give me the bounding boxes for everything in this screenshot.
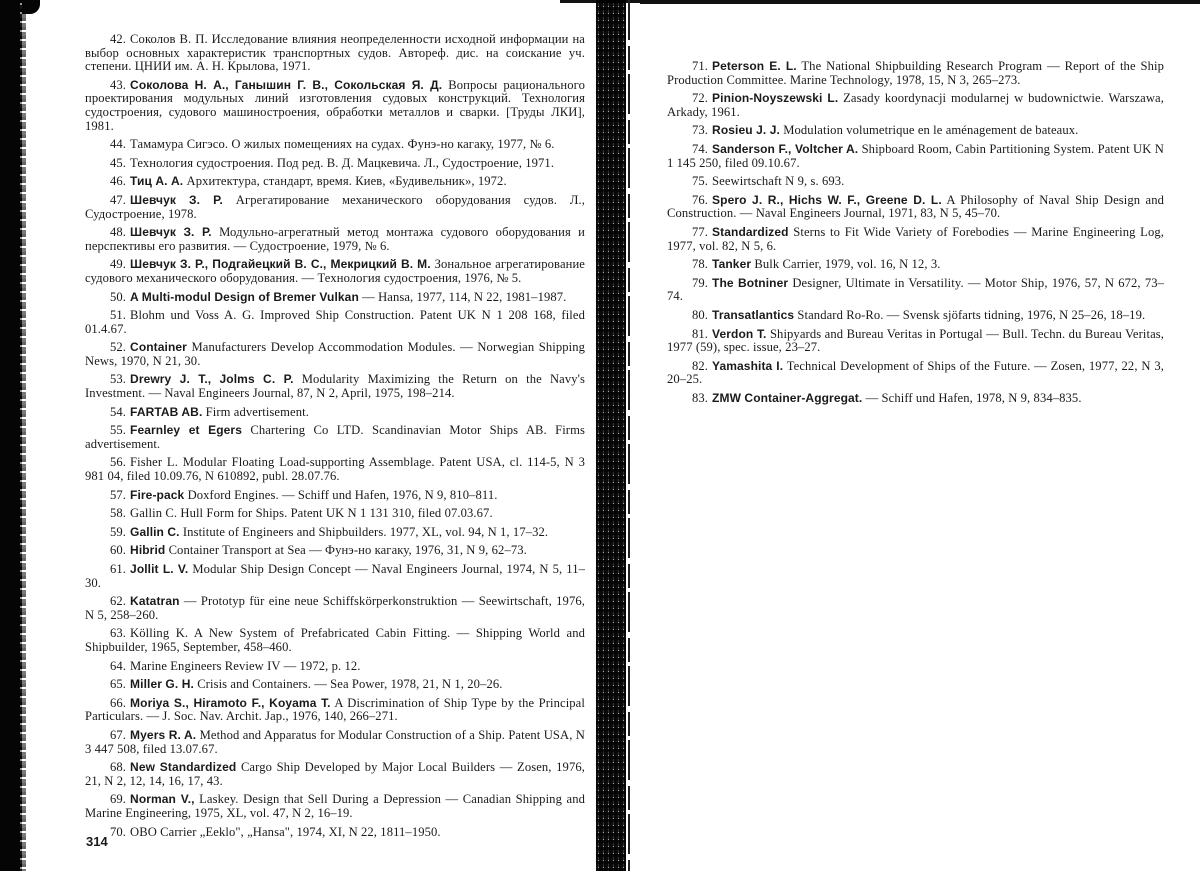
entry-number: 42. [110, 32, 126, 46]
bibliography-entry: 62.Katatran — Prototyp für eine neue Sch… [85, 595, 585, 622]
bibliography-entry: 52.Container Manufacturers Develop Accom… [85, 341, 585, 368]
entry-text: Container Transport at Sea — Фунэ-но каг… [169, 543, 527, 557]
entry-author: Yamashita I. [712, 359, 783, 373]
entry-number: 63. [110, 626, 126, 640]
entry-number: 44. [110, 137, 126, 151]
entry-author: Шевчук З. Р., Подгайецкий В. С., Мекрицк… [130, 257, 431, 271]
entry-author: Moriya S., Hiramoto F., Koyama T. [130, 696, 331, 710]
bibliography-entry: 67.Myers R. A. Method and Apparatus for … [85, 729, 585, 756]
entry-number: 48. [110, 225, 126, 239]
entry-author: Standardized [712, 225, 789, 239]
bibliography-entry: 72.Pinion-Noyszewski L. Zasady koordynac… [667, 92, 1164, 119]
entry-author: Fearnley et Egers [130, 423, 242, 437]
entry-text: Doxford Engines. — Schiff und Hafen, 197… [188, 488, 498, 502]
entry-text: Marine Engineers Review IV — 1972, p. 12… [130, 659, 361, 673]
entry-number: 76. [692, 193, 708, 207]
entry-text: Modulation volumetrique en le aménagemen… [783, 123, 1078, 137]
page-number: 314 [86, 834, 108, 849]
entry-author: Katatran [130, 594, 179, 608]
bibliography-entry: 64.Marine Engineers Review IV — 1972, p.… [85, 660, 585, 674]
bibliography-entry: 43.Соколова Н. А., Ганышин Г. В., Соколь… [85, 79, 585, 133]
entry-number: 58. [110, 506, 126, 520]
entry-number: 52. [110, 340, 126, 354]
entry-author: Соколова Н. А., Ганышин Г. В., Сокольска… [130, 78, 442, 92]
entry-author: Gallin C. [130, 525, 180, 539]
entry-number: 73. [692, 123, 708, 137]
entry-number: 49. [110, 257, 126, 271]
entry-number: 46. [110, 174, 126, 188]
entry-text: Firm advertisement. [206, 405, 309, 419]
entry-author: Jollit L. V. [130, 562, 188, 576]
entry-number: 60. [110, 543, 126, 557]
entry-number: 53. [110, 372, 126, 386]
entry-number: 57. [110, 488, 126, 502]
entry-author: Container [130, 340, 187, 354]
entry-author: FARTAB AB. [130, 405, 202, 419]
entry-author: Norman V., [130, 792, 195, 806]
entry-author: Pinion-Noyszewski L. [712, 91, 838, 105]
bibliography-entry: 69.Norman V., Laskey. Design that Sell D… [85, 793, 585, 820]
entry-author: Spero J. R., Hichs W. F., Greene D. L. [712, 193, 942, 207]
bibliography-entry: 59.Gallin C. Institute of Engineers and … [85, 526, 585, 540]
entry-number: 47. [110, 193, 126, 207]
scan-border-left [0, 0, 22, 871]
entry-number: 61. [110, 562, 126, 576]
entry-text: Тамамура Сигэсо. О жилых помещениях на с… [130, 137, 554, 151]
bibliography-entry: 53.Drewry J. T., Jolms C. P. Modularity … [85, 373, 585, 400]
entry-number: 82. [692, 359, 708, 373]
entry-text: — Schiff und Hafen, 1978, N 9, 834–835. [866, 391, 1082, 405]
bibliography-entry: 56.Fisher L. Modular Floating Load-suppo… [85, 456, 585, 483]
bibliography-entry: 55.Fearnley et Egers Chartering Co LTD. … [85, 424, 585, 451]
entry-number: 59. [110, 525, 126, 539]
entry-number: 54. [110, 405, 126, 419]
bibliography-entry: 82.Yamashita I. Technical Development of… [667, 360, 1164, 387]
entry-author: Transatlantics [712, 308, 794, 322]
bibliography-entry: 66.Moriya S., Hiramoto F., Koyama T. A D… [85, 697, 585, 724]
entry-text: Crisis and Containers. — Sea Power, 1978… [197, 677, 502, 691]
entry-author: Rosieu J. J. [712, 123, 780, 137]
bibliography-entry: 81.Verdon T. Shipyards and Bureau Verita… [667, 328, 1164, 355]
right-bibliography-column: 71.Peterson E. L. The National Shipbuild… [667, 60, 1164, 410]
bibliography-entry: 80.Transatlantics Standard Ro-Ro. — Sven… [667, 309, 1164, 323]
bibliography-entry: 47.Шевчук З. Р. Агрегатирование механиче… [85, 194, 585, 221]
bibliography-entry: 58.Gallin C. Hull Form for Ships. Patent… [85, 507, 585, 521]
entry-author: Sanderson F., Voltcher A. [712, 142, 858, 156]
gutter-shadow-line [628, 0, 630, 871]
entry-author: New Standardized [130, 760, 236, 774]
bibliography-entry: 42.Соколов В. П. Исследование влияния не… [85, 33, 585, 74]
entry-text: Institute of Engineers and Shipbuilders.… [183, 525, 548, 539]
entry-number: 80. [692, 308, 708, 322]
entry-author: Drewry J. T., Jolms C. P. [130, 372, 294, 386]
entry-text: Соколов В. П. Исследование влияния неопр… [85, 32, 585, 73]
bibliography-entry: 75.Seewirtschaft N 9, s. 693. [667, 175, 1164, 189]
entry-author: Tanker [712, 257, 751, 271]
bibliography-entry: 83.ZMW Container-Aggregat. — Schiff und … [667, 392, 1164, 406]
entry-text: Blohm und Voss A. G. Improved Ship Const… [85, 308, 585, 336]
entry-author: Шевчук З. Р. [130, 225, 212, 239]
entry-number: 72. [692, 91, 708, 105]
bibliography-entry: 65.Miller G. H. Crisis and Containers. —… [85, 678, 585, 692]
bibliography-entry: 51.Blohm und Voss A. G. Improved Ship Co… [85, 309, 585, 336]
entry-number: 43. [110, 78, 126, 92]
left-bibliography-column: 42.Соколов В. П. Исследование влияния не… [85, 33, 585, 844]
entry-number: 51. [110, 308, 126, 322]
entry-number: 83. [692, 391, 708, 405]
bibliography-entry: 57.Fire-pack Doxford Engines. — Schiff u… [85, 489, 585, 503]
entry-author: Тиц А. А. [130, 174, 183, 188]
entry-number: 68. [110, 760, 126, 774]
bibliography-entry: 44.Тамамура Сигэсо. О жилых помещениях н… [85, 138, 585, 152]
entry-text: Seewirtschaft N 9, s. 693. [712, 174, 844, 188]
entry-author: Peterson E. L. [712, 59, 797, 73]
bibliography-entry: 54.FARTAB AB. Firm advertisement. [85, 406, 585, 420]
entry-number: 81. [692, 327, 708, 341]
bibliography-entry: 63.Kölling K. A New System of Prefabrica… [85, 627, 585, 654]
entry-number: 62. [110, 594, 126, 608]
entry-number: 70. [110, 825, 126, 839]
entry-number: 71. [692, 59, 708, 73]
entry-number: 50. [110, 290, 126, 304]
entry-number: 66. [110, 696, 126, 710]
bibliography-entry: 74.Sanderson F., Voltcher A. Shipboard R… [667, 143, 1164, 170]
entry-number: 75. [692, 174, 708, 188]
bibliography-entry: 79.The Botniner Designer, Ultimate in Ve… [667, 277, 1164, 304]
book-binding-gutter [596, 0, 626, 871]
entry-number: 56. [110, 455, 126, 469]
bibliography-entry: 78.Tanker Bulk Carrier, 1979, vol. 16, N… [667, 258, 1164, 272]
bibliography-entry: 68.New Standardized Cargo Ship Developed… [85, 761, 585, 788]
bibliography-entry: 60.Hibrid Container Transport at Sea — Ф… [85, 544, 585, 558]
entry-text: Gallin C. Hull Form for Ships. Patent UK… [130, 506, 493, 520]
bibliography-entry: 61.Jollit L. V. Modular Ship Design Conc… [85, 563, 585, 590]
entry-author: Fire-pack [130, 488, 184, 502]
entry-text: OBO Carrier „Eeklo", „Hansa", 1974, XI, … [130, 825, 441, 839]
entry-number: 64. [110, 659, 126, 673]
bibliography-entry: 71.Peterson E. L. The National Shipbuild… [667, 60, 1164, 87]
entry-author: The Botniner [712, 276, 788, 290]
entry-number: 45. [110, 156, 126, 170]
entry-text: — Hansa, 1977, 114, N 22, 1981–1987. [362, 290, 566, 304]
entry-number: 74. [692, 142, 708, 156]
entry-text: Kölling K. A New System of Prefabricated… [85, 626, 585, 654]
entry-text: Fisher L. Modular Floating Load-supporti… [85, 455, 585, 483]
bibliography-entry: 48.Шевчук З. Р. Модульно-агрегатный мето… [85, 226, 585, 253]
entry-text: Standard Ro-Ro. — Svensk sjöfarts tidnin… [797, 308, 1145, 322]
entry-number: 79. [692, 276, 708, 290]
entry-text: Архитектура, стандарт, время. Киев, «Буд… [187, 174, 507, 188]
bibliography-entry: 73.Rosieu J. J. Modulation volumetrique … [667, 124, 1164, 138]
left-page: 42.Соколов В. П. Исследование влияния не… [30, 0, 590, 871]
entry-author: A Multi-modul Design of Bremer Vulkan [130, 290, 359, 304]
bibliography-entry: 46.Тиц А. А. Архитектура, стандарт, врем… [85, 175, 585, 189]
entry-number: 78. [692, 257, 708, 271]
entry-author: ZMW Container-Aggregat. [712, 391, 862, 405]
bibliography-entry: 70.OBO Carrier „Eeklo", „Hansa", 1974, X… [85, 826, 585, 840]
bibliography-entry: 77.Standardized Sterns to Fit Wide Varie… [667, 226, 1164, 253]
entry-text: Bulk Carrier, 1979, vol. 16, N 12, 3. [754, 257, 940, 271]
entry-author: Шевчук З. Р. [130, 193, 223, 207]
entry-number: 55. [110, 423, 126, 437]
bibliography-entry: 76.Spero J. R., Hichs W. F., Greene D. L… [667, 194, 1164, 221]
bibliography-entry: 45.Технология судостроения. Под ред. В. … [85, 157, 585, 171]
entry-text: Технология судостроения. Под ред. В. Д. … [130, 156, 554, 170]
entry-number: 65. [110, 677, 126, 691]
bibliography-entry: 50.A Multi-modul Design of Bremer Vulkan… [85, 291, 585, 305]
entry-number: 67. [110, 728, 126, 742]
entry-author: Hibrid [130, 543, 165, 557]
entry-author: Miller G. H. [130, 677, 194, 691]
entry-author: Verdon T. [712, 327, 766, 341]
entry-author: Myers R. A. [130, 728, 196, 742]
bibliography-entry: 49.Шевчук З. Р., Подгайецкий В. С., Мекр… [85, 258, 585, 285]
right-page: 71.Peterson E. L. The National Shipbuild… [640, 0, 1200, 871]
entry-number: 77. [692, 225, 708, 239]
entry-number: 69. [110, 792, 126, 806]
